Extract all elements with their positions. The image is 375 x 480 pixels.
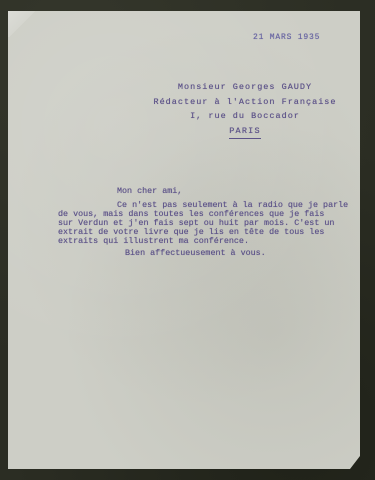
letter-paper: 21 MARS 1935 Monsieur Georges GAUDY Réda… [8, 11, 360, 469]
recipient-city-line: PARIS [105, 124, 375, 139]
scan-background: 21 MARS 1935 Monsieur Georges GAUDY Réda… [0, 0, 375, 480]
recipient-street: I, rue du Boccador [105, 109, 375, 124]
paper-fold-corner [8, 11, 42, 37]
letter-body: Ce n'est pas seulement à la radio que je… [58, 201, 350, 246]
date-stamp: 21 MARS 1935 [253, 33, 320, 42]
recipient-city: PARIS [229, 125, 261, 139]
recipient-name: Monsieur Georges GAUDY [105, 80, 375, 95]
recipient-block: Monsieur Georges GAUDY Rédacteur à l'Act… [105, 80, 375, 139]
closing-line: Bien affectueusement à vous. [125, 248, 266, 258]
body-line: extraits qui illustrent ma conférence. [58, 237, 350, 246]
salutation: Mon cher ami, [117, 186, 182, 196]
recipient-title: Rédacteur à l'Action Française [105, 95, 375, 110]
